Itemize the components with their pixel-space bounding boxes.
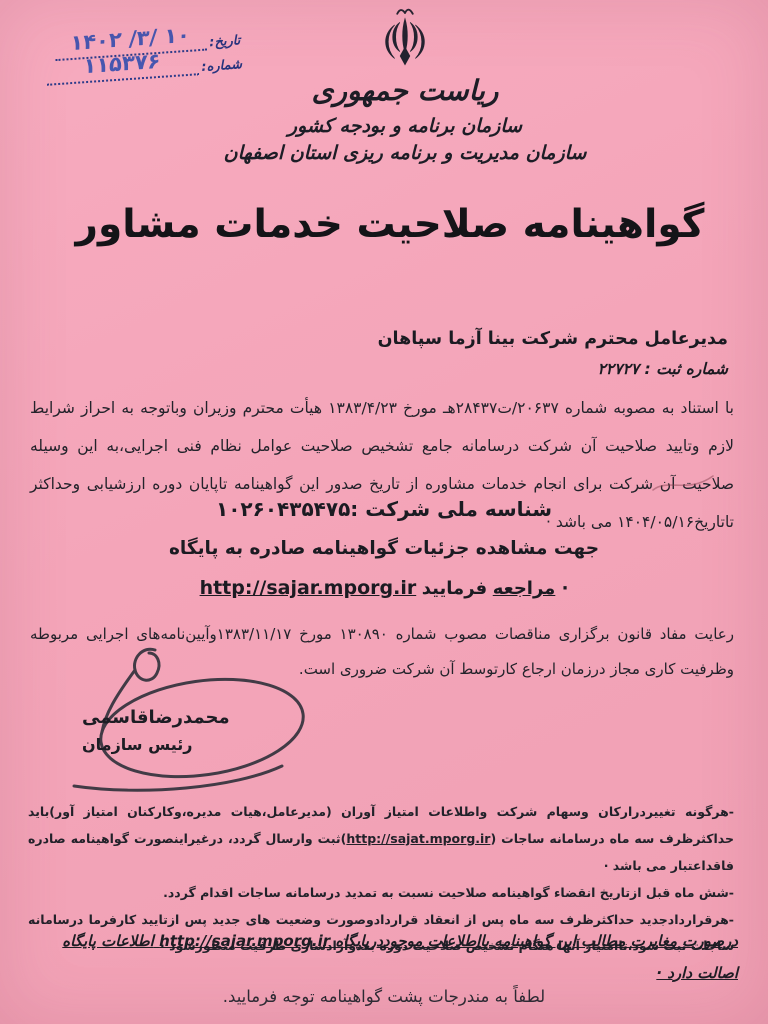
registration-line: شماره ثبت : ۲۲۷۲۷: [378, 360, 728, 378]
disclaimer-line: درصورت مغایرت مطالب این گواهینامه بااطلا…: [62, 932, 738, 950]
disclaimer-sajar-url: http://sajar.mporg.ir: [159, 932, 330, 950]
number-label: شماره:: [198, 57, 243, 75]
disclaimer-text-mid: اطلاعات پایگاه: [62, 932, 154, 950]
sajat-url-link: http://sajat.mporg.ir: [346, 831, 490, 846]
signatory-block: محمدرضاقاسمی رئیس سازمان: [82, 707, 230, 754]
org-plan-budget: سازمان برنامه و بودجه کشور: [40, 115, 768, 137]
number-row: شماره: ۱۱۵۳۷۶: [46, 57, 242, 86]
disclaimer-text-end: اصالت دارد ·: [656, 958, 738, 988]
visit-word: مراجعه: [493, 578, 556, 599]
footnote-2: -شش ماه قبل ازتاریخ انقضاء گواهینامه صلا…: [28, 880, 734, 907]
number-dotted-line: ۱۱۵۳۷۶: [47, 65, 199, 86]
footnote-1: -هرگونه تغییردرارکان وسهام شرکت واطلاعات…: [28, 799, 734, 880]
addressee-block: مدیرعامل محترم شرکت بینا آزما سپاهان شما…: [378, 329, 728, 378]
portal-url-line: http://sajar.mporg.ir مراجعه فرمایید ·: [0, 577, 768, 599]
national-id-line: شناسه ملی شرکت :۱۰۲۶۰۴۳۵۴۷۵: [0, 497, 768, 521]
org-isfahan-management: سازمان مدیریت و برنامه ریزی استان اصفهان: [40, 142, 768, 164]
disclaimer: درصورت مغایرت مطالب این گواهینامه بااطلا…: [28, 926, 738, 988]
sajar-url-link: http://sajar.mporg.ir: [200, 577, 417, 599]
addressee-line: مدیرعامل محترم شرکت بینا آزما سپاهان: [378, 329, 728, 349]
signatory-name: محمدرضاقاسمی: [82, 707, 230, 728]
registration-label: شماره ثبت :: [645, 360, 728, 378]
registration-number: ۲۲۷۲۷: [597, 360, 639, 378]
certificate-page: ریاست جمهوری سازمان برنامه و بودجه کشور …: [0, 0, 768, 1024]
disclaimer-text-start: درصورت مغایرت مطالب این گواهینامه بااطلا…: [335, 932, 738, 950]
pen-mark: [648, 468, 718, 498]
signatory-title: رئیس سازمان: [82, 735, 230, 754]
date-label: تاریخ:: [206, 33, 241, 50]
back-page-notice: لطفاً به مندرجات پشت گواهینامه توجه فرما…: [0, 987, 768, 1006]
iran-coat-of-arms-icon: [379, 6, 431, 68]
view-details-line: جهت مشاهده جزئیات گواهینامه صادره به پای…: [0, 538, 768, 559]
certificate-title: گواهینامه صلاحیت خدمات مشاور: [6, 202, 768, 247]
